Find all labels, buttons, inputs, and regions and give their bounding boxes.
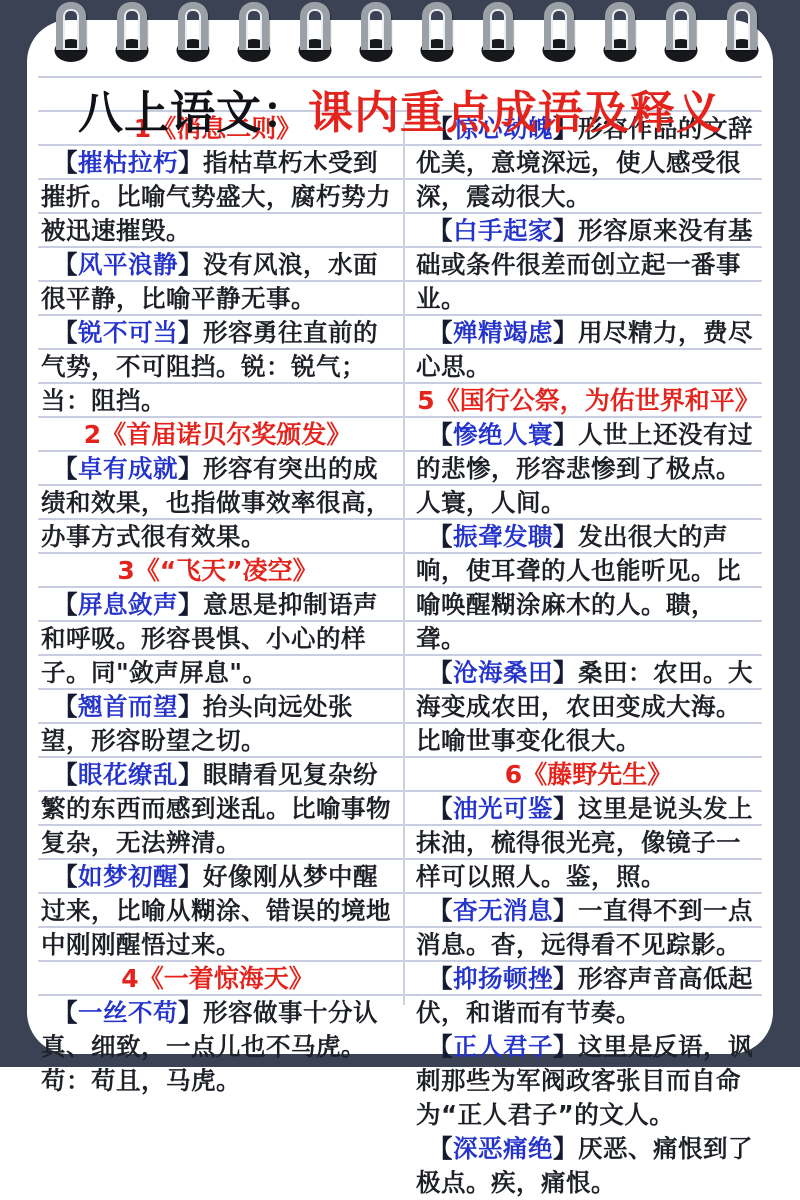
bracket-close: 】 bbox=[553, 794, 578, 823]
idiom-term: 如梦初醒 bbox=[78, 862, 178, 891]
ring-wire bbox=[117, 2, 147, 50]
bracket-open: 【 bbox=[53, 692, 78, 721]
idiom-entry: 【眼花缭乱】眼睛看见复杂纷繁的东西而感到迷乱。比喻事物复杂，无法辨清。 bbox=[41, 758, 394, 860]
bracket-open: 【 bbox=[428, 1032, 453, 1061]
idiom-entry: 【如梦初醒】好像刚从梦中醒过来，比喻从糊涂、错误的境地中刚刚醒悟过来。 bbox=[41, 860, 394, 962]
idiom-entry: 【正人君子】这里是反语，讽刺那些为军阀政客张目而自命为“正人君子”的文人。 bbox=[416, 1030, 761, 1067]
ring-wire bbox=[178, 2, 208, 50]
idiom-term: 白手起家 bbox=[453, 216, 553, 245]
bracket-close: 】 bbox=[553, 318, 578, 347]
idiom-entry: 【摧枯拉朽】指枯草朽木受到摧折。比喻气势盛大，腐朽势力被迅速摧毁。 bbox=[41, 146, 394, 248]
bracket-close: 】 bbox=[553, 964, 578, 993]
spiral-ring-icon bbox=[421, 2, 453, 62]
bracket-close: 】 bbox=[553, 216, 578, 245]
idiom-term: 油光可鉴 bbox=[453, 794, 553, 823]
bracket-open: 【 bbox=[53, 148, 78, 177]
bracket-open: 【 bbox=[428, 420, 453, 449]
idiom-term: 正人君子 bbox=[453, 1032, 553, 1061]
section-header: 2《首届诺贝尔奖颁发》 bbox=[41, 418, 394, 452]
spiral-ring-icon bbox=[665, 2, 697, 62]
spiral-ring-icon bbox=[299, 2, 331, 62]
bracket-open: 【 bbox=[53, 318, 78, 347]
title-prefix: 八上语文： bbox=[78, 86, 308, 139]
bracket-close: 】 bbox=[178, 590, 203, 619]
bracket-close: 】 bbox=[553, 658, 578, 687]
idiom-entry: 【抑扬顿挫】形容声音高低起伏，和谐而有节奏。 bbox=[416, 962, 761, 1030]
spiral-ring-icon bbox=[55, 2, 87, 62]
spiral-ring-icon bbox=[726, 2, 758, 62]
bracket-open: 【 bbox=[53, 998, 78, 1027]
bracket-open: 【 bbox=[53, 590, 78, 619]
ring-wire bbox=[422, 2, 452, 50]
bracket-close: 】 bbox=[178, 454, 203, 483]
bracket-open: 【 bbox=[428, 658, 453, 687]
idiom-term: 惨绝人寰 bbox=[453, 420, 553, 449]
ring-wire bbox=[300, 2, 330, 50]
idiom-entry: 【风平浪静】没有风浪，水面很平静，比喻平静无事。 bbox=[41, 248, 394, 316]
idiom-term: 振聋发聩 bbox=[453, 522, 553, 551]
idiom-term: 翘首而望 bbox=[78, 692, 178, 721]
idiom-entry: 【卓有成就】形容有突出的成绩和效果，也指做事效率很高，办事方式很有效果。 bbox=[41, 452, 394, 554]
spiral-ring-icon bbox=[238, 2, 270, 62]
bracket-close: 】 bbox=[553, 896, 578, 925]
bracket-close: 】 bbox=[178, 998, 203, 1027]
column-right: 【惊心动魄】形容作品的文辞优美，意境深远，使人感受很深，震动很大。【白手起家】形… bbox=[416, 112, 761, 1005]
section-header: 5《国行公祭，为佑世界和平》 bbox=[416, 384, 761, 418]
idiom-term: 屏息敛声 bbox=[78, 590, 178, 619]
spiral-ring-icon bbox=[482, 2, 514, 62]
idiom-entry: 【屏息敛声】意思是抑制语声和呼吸。形容畏惧、小心的样子。同"敛声屏息"。 bbox=[41, 588, 394, 690]
ring-wire bbox=[666, 2, 696, 50]
spiral-ring-icon bbox=[543, 2, 575, 62]
idiom-term: 殚精竭虑 bbox=[453, 318, 553, 347]
idiom-term: 风平浪静 bbox=[78, 250, 178, 279]
bracket-open: 【 bbox=[428, 522, 453, 551]
bracket-open: 【 bbox=[53, 454, 78, 483]
bracket-close: 】 bbox=[178, 318, 203, 347]
bracket-open: 【 bbox=[428, 896, 453, 925]
bracket-open: 【 bbox=[428, 794, 453, 823]
ring-wire bbox=[56, 2, 86, 50]
page-title: 八上语文：课内重点成语及释义 bbox=[27, 76, 773, 141]
idiom-term: 锐不可当 bbox=[78, 318, 178, 347]
notebook-background: 八上语文：课内重点成语及释义 1《消息二则》【摧枯拉朽】指枯草朽木受到摧折。比喻… bbox=[0, 0, 800, 1067]
section-header: 6《藤野先生》 bbox=[416, 758, 761, 792]
idiom-term: 杳无消息 bbox=[453, 896, 553, 925]
idiom-entry: 【振聋发聩】发出很大的声响，使耳聋的人也能听见。比喻唤醒糊涂麻木的人。聩，聋。 bbox=[416, 520, 761, 656]
content-area: 1《消息二则》【摧枯拉朽】指枯草朽木受到摧折。比喻气势盛大，腐朽势力被迅速摧毁。… bbox=[41, 112, 761, 1005]
idiom-entry: 【殚精竭虑】用尽精力，费尽心思。 bbox=[416, 316, 761, 384]
idiom-term: 眼花缭乱 bbox=[78, 760, 178, 789]
bracket-open: 【 bbox=[53, 862, 78, 891]
idiom-term: 卓有成就 bbox=[78, 454, 178, 483]
idiom-entry: 【一丝不苟】形容做事十分认真、细致，一点儿也不马虎。苟：苟且，马虎。 bbox=[41, 996, 394, 1067]
column-left: 1《消息二则》【摧枯拉朽】指枯草朽木受到摧折。比喻气势盛大，腐朽势力被迅速摧毁。… bbox=[41, 112, 394, 1005]
idiom-term: 一丝不苟 bbox=[78, 998, 178, 1027]
bracket-open: 【 bbox=[428, 964, 453, 993]
bracket-close: 】 bbox=[178, 148, 203, 177]
idiom-entry: 【杳无消息】一直得不到一点消息。杳，远得看不见踪影。 bbox=[416, 894, 761, 962]
idiom-entry: 【沧海桑田】桑田：农田。大海变成农田，农田变成大海。比喻世事变化很大。 bbox=[416, 656, 761, 758]
bracket-close: 】 bbox=[178, 862, 203, 891]
ring-wire bbox=[544, 2, 574, 50]
ring-wire bbox=[239, 2, 269, 50]
bracket-close: 】 bbox=[178, 760, 203, 789]
bracket-close: 】 bbox=[553, 1032, 578, 1061]
notebook-page: 八上语文：课内重点成语及释义 1《消息二则》【摧枯拉朽】指枯草朽木受到摧折。比喻… bbox=[27, 20, 773, 1054]
bracket-close: 】 bbox=[553, 522, 578, 551]
idiom-entry: 【惨绝人寰】人世上还没有过的悲惨，形容悲惨到了极点。人寰，人间。 bbox=[416, 418, 761, 520]
ring-wire bbox=[361, 2, 391, 50]
idiom-entry: 【白手起家】形容原来没有基础或条件很差而创立起一番事业。 bbox=[416, 214, 761, 316]
bracket-open: 【 bbox=[428, 318, 453, 347]
title-highlight: 课内重点成语及释义 bbox=[308, 86, 722, 139]
idiom-entry: 【锐不可当】形容勇往直前的气势，不可阻挡。锐：锐气；当：阻挡。 bbox=[41, 316, 394, 418]
spiral-ring-icon bbox=[116, 2, 148, 62]
bracket-close: 】 bbox=[178, 692, 203, 721]
idiom-entry: 【油光可鉴】这里是说头发上抹油，梳得很光亮，像镜子一样可以照人。鉴，照。 bbox=[416, 792, 761, 894]
idiom-term: 沧海桑田 bbox=[453, 658, 553, 687]
spiral-binding bbox=[55, 2, 758, 62]
column-divider bbox=[403, 124, 405, 1005]
bracket-open: 【 bbox=[428, 216, 453, 245]
section-header: 3《“飞天”凌空》 bbox=[41, 554, 394, 588]
section-header: 4《一着惊海天》 bbox=[41, 962, 394, 996]
bracket-close: 】 bbox=[553, 420, 578, 449]
ring-wire bbox=[605, 2, 635, 50]
bracket-close: 】 bbox=[178, 250, 203, 279]
spiral-ring-icon bbox=[604, 2, 636, 62]
idiom-term: 抑扬顿挫 bbox=[453, 964, 553, 993]
idiom-entry: 【翘首而望】抬头向远处张望，形容盼望之切。 bbox=[41, 690, 394, 758]
spiral-ring-icon bbox=[177, 2, 209, 62]
ring-wire bbox=[727, 2, 757, 50]
spiral-ring-icon bbox=[360, 2, 392, 62]
bracket-open: 【 bbox=[53, 250, 78, 279]
bracket-open: 【 bbox=[53, 760, 78, 789]
ring-wire bbox=[483, 2, 513, 50]
idiom-term: 摧枯拉朽 bbox=[78, 148, 178, 177]
